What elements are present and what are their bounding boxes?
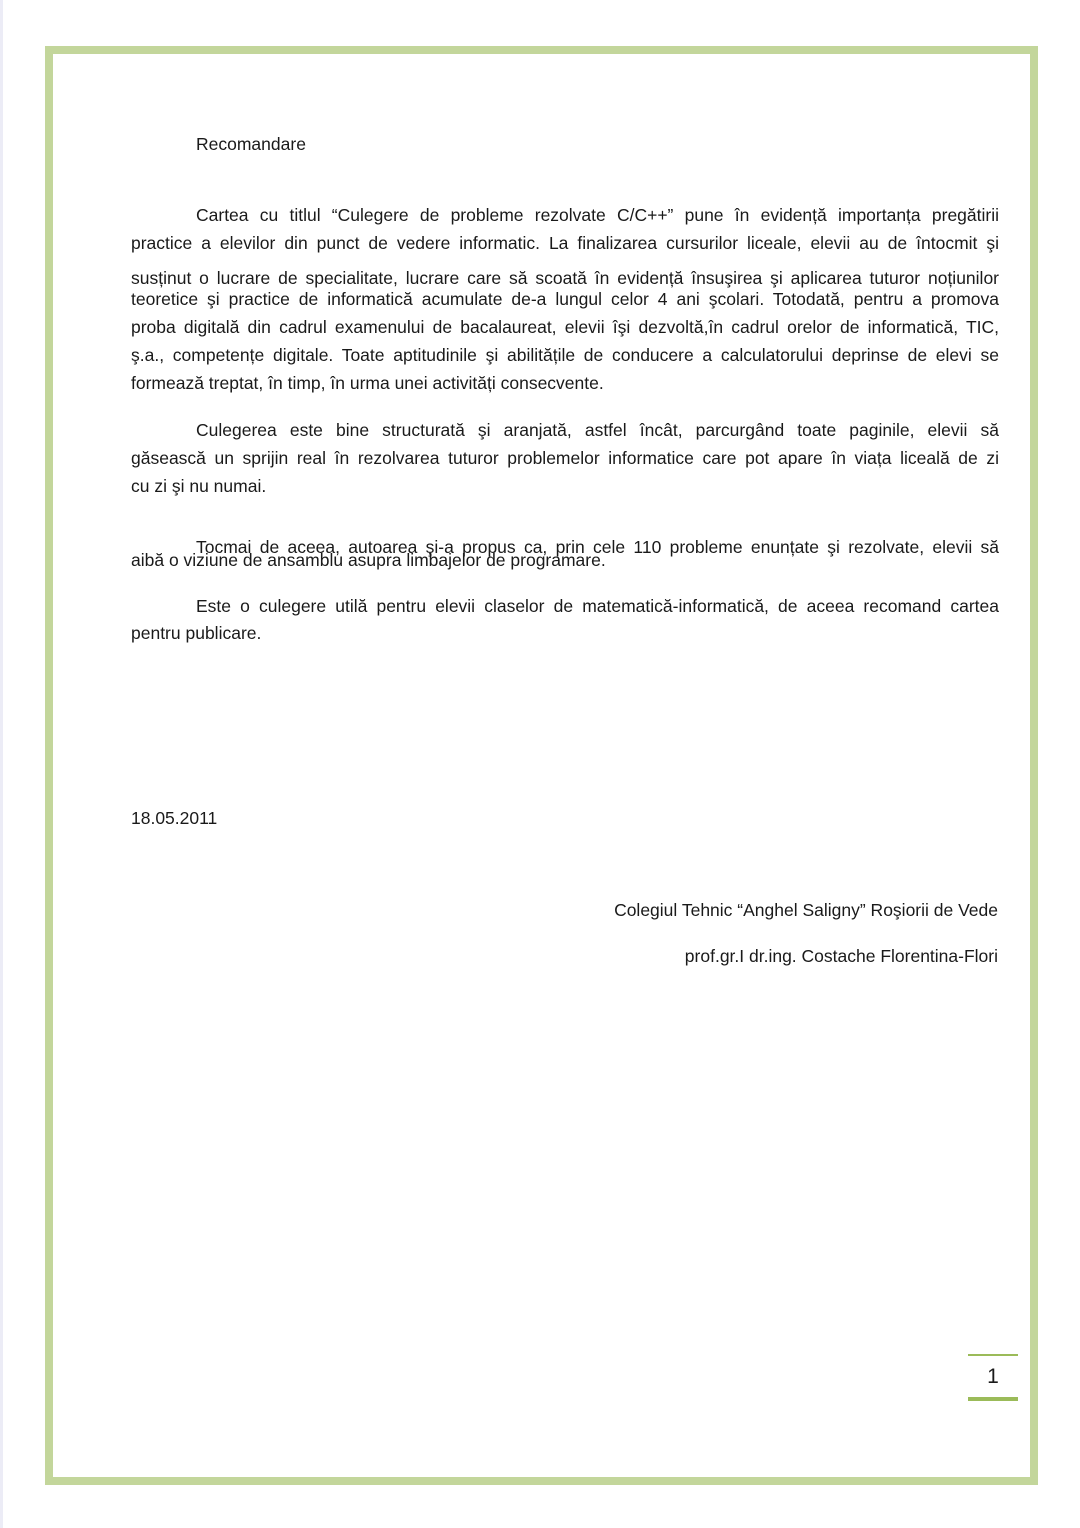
page-number-bottom-rule (968, 1397, 1018, 1401)
author-name: prof.gr.I dr.ing. Costache Florentina-Fl… (685, 946, 998, 966)
page-border (45, 46, 1038, 1485)
paragraph-1-line-4: teoretice şi practice de informatică acu… (131, 289, 999, 309)
paragraph-3-line-2: aibă o viziune de ansamblu asupra limbaj… (131, 550, 606, 570)
paragraph-1-line-7: formează treptat, în timp, în urma unei … (131, 373, 604, 393)
paragraph-1-line-3: susținut o lucrare de specialitate, lucr… (131, 268, 999, 288)
institution-name: Colegiul Tehnic “Anghel Saligny” Roşiori… (614, 900, 998, 920)
paragraph-4-line-2: pentru publicare. (131, 623, 261, 643)
paragraph-1-line-6: ş.a., competențe digitale. Toate aptitud… (131, 345, 999, 365)
paragraph-1-line-5: proba digitală din cadrul examenului de … (131, 317, 999, 337)
paragraph-2-line-3: cu zi şi nu numai. (131, 476, 266, 496)
paragraph-4-line-1: Este o culegere utilă pentru elevii clas… (131, 596, 999, 616)
viewer-left-edge (0, 0, 3, 1528)
paragraph-2-line-2: găsească un sprijin real în rezolvarea t… (131, 448, 999, 468)
paragraph-2-line-1: Culegerea este bine structurată şi aranj… (131, 420, 999, 440)
document-heading: Recomandare (196, 134, 306, 154)
paragraph-1-line-2: practice a elevilor din punct de vedere … (131, 233, 999, 253)
page-number: 1 (968, 1365, 1018, 1389)
paragraph-1-line-1: Cartea cu titlul “Culegere de probleme r… (131, 205, 999, 225)
page-number-top-rule (968, 1354, 1018, 1356)
document-date: 18.05.2011 (131, 808, 217, 828)
